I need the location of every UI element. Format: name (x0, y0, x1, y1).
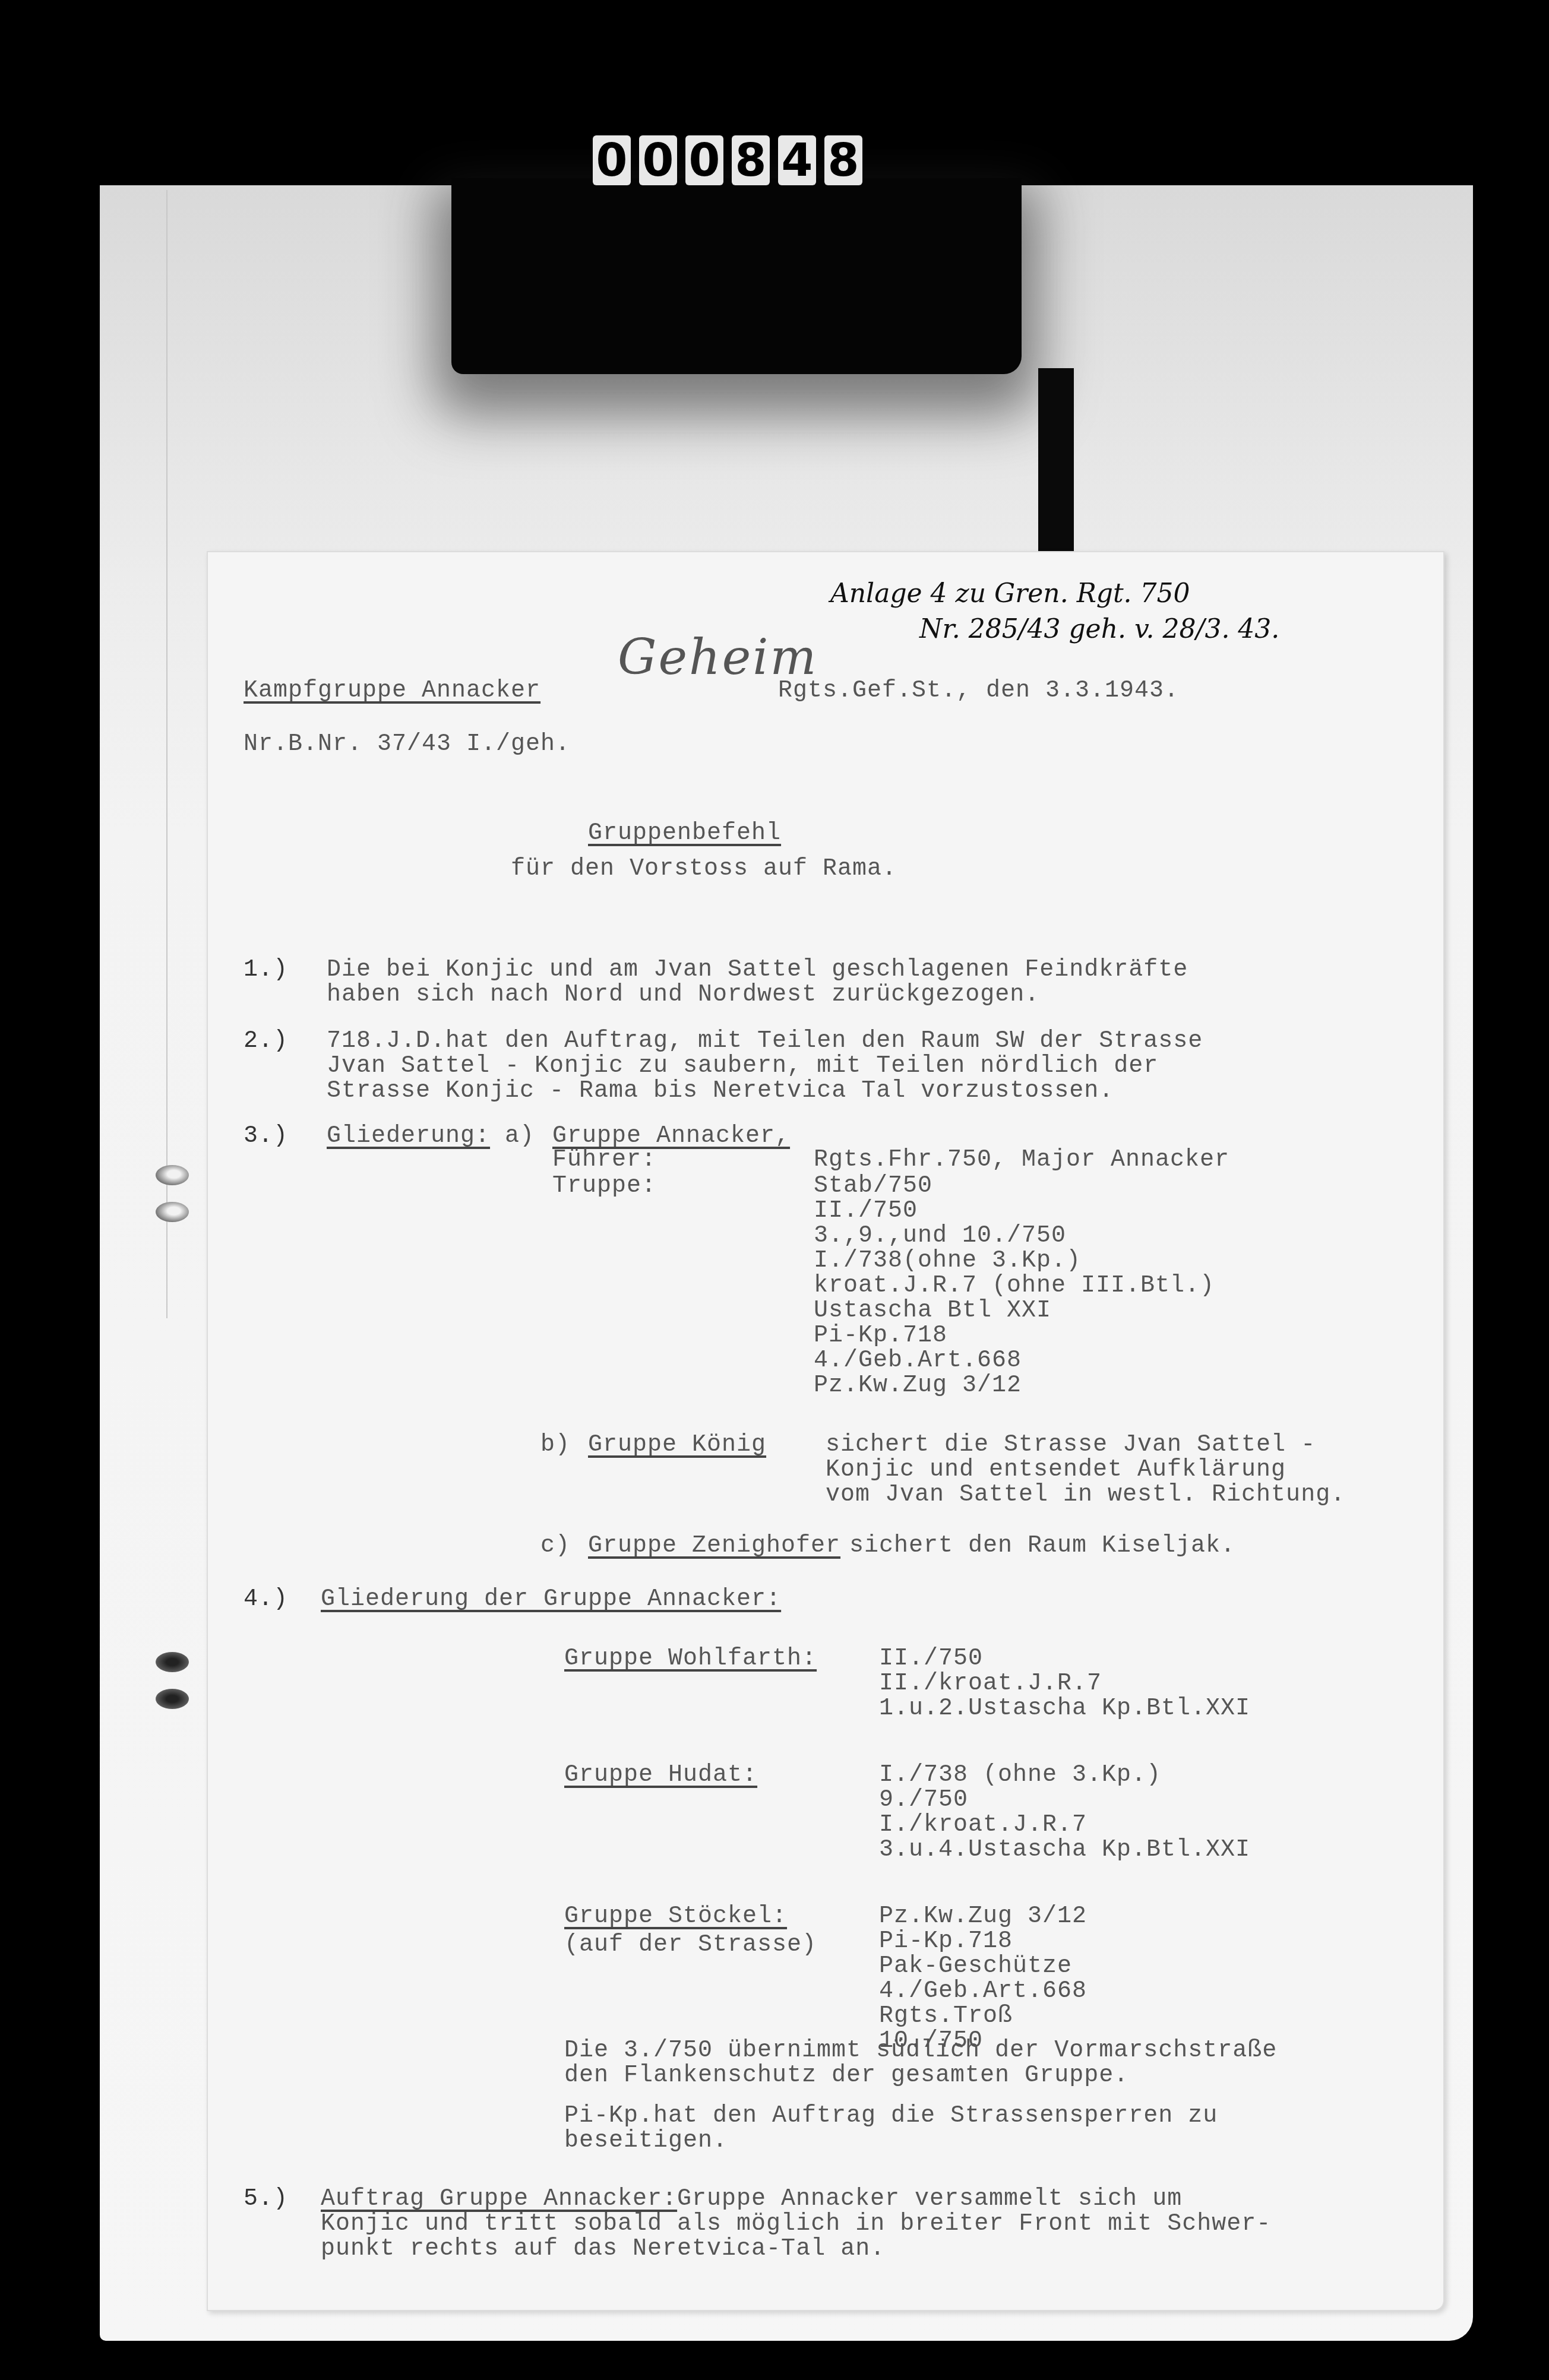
document-sheet: Anlage 4 zu Gren. Rgt. 750 Nr. 285/43 ge… (207, 551, 1444, 2311)
subgroup-name: Gruppe Hudat: (564, 1761, 757, 1790)
camera-clamp (451, 178, 1022, 374)
subgroup-unit: 9./750 (879, 1786, 968, 1815)
subgroup-unit: Pak-Geschütze (879, 1952, 1072, 1981)
subgroup-name: Gruppe Stöckel: (564, 1903, 787, 1931)
counter-digit: 0 (639, 135, 677, 185)
troop-item: I./738(ohne 3.Kp.) (814, 1247, 1081, 1276)
annotation-line-2: Nr. 285/43 geh. v. 28/3. 43. (830, 612, 1279, 647)
section-3b-line: vom Jvan Sattel in westl. Richtung. (826, 1481, 1345, 1509)
section-5-number: 5.) (244, 2185, 288, 2214)
section-2-line: 718.J.D.hat den Auftrag, mit Teilen den … (327, 1027, 1203, 1056)
handwritten-annotation: Anlage 4 zu Gren. Rgt. 750 Nr. 285/43 ge… (830, 576, 1279, 647)
subgroup-unit: Rgts.Troß (879, 2002, 1013, 2031)
section-2-line: Strasse Konjic - Rama bis Neretvica Tal … (327, 1077, 1114, 1106)
subgroup-unit: Pz.Kw.Zug 3/12 (879, 1903, 1087, 1931)
punch-hole (156, 1165, 189, 1185)
section-3c-text: sichert den Raum Kiseljak. (849, 1532, 1235, 1561)
section-1-line: haben sich nach Nord und Nordwest zurück… (327, 981, 1039, 1009)
section-3c-group: Gruppe Zenighofer (588, 1532, 840, 1561)
troop-item: Stab/750 (814, 1172, 932, 1201)
section-3a-label: a) (505, 1122, 535, 1151)
section-3b-label: b) (540, 1431, 570, 1460)
section-3b-line: sichert die Strasse Jvan Sattel - (826, 1431, 1316, 1460)
subgroup-unit: Pi-Kp.718 (879, 1928, 1013, 1956)
section-3b-group: Gruppe König (588, 1431, 766, 1460)
troop-item: 4./Geb.Art.668 (814, 1347, 1022, 1375)
place-date: Rgts.Gef.St., den 3.3.1943. (778, 677, 1179, 705)
document-title: Gruppenbefehl (588, 819, 781, 848)
section-2-number: 2.) (244, 1027, 288, 1056)
section-3b-line: Konjic und entsendet Aufklärung (826, 1456, 1286, 1485)
punch-hole (156, 1202, 189, 1222)
section-3-heading: Gliederung: (327, 1122, 490, 1151)
troop-item: 3.,9.,und 10./750 (814, 1222, 1066, 1251)
subgroup-unit: 3.u.4.Ustascha Kp.Btl.XXI (879, 1836, 1250, 1865)
subgroup-unit: 10./750 (879, 2027, 983, 2056)
section-1-line: Die bei Konjic und am Jvan Sattel geschl… (327, 956, 1188, 985)
section-4-number: 4.) (244, 1585, 288, 1614)
troop-item: Pi-Kp.718 (814, 1322, 947, 1350)
leader-value: Rgts.Fhr.750, Major Annacker (814, 1146, 1229, 1175)
reference-number: Nr.B.Nr. 37/43 I./geh. (244, 730, 570, 759)
counter-digit: 4 (778, 135, 816, 185)
section-5-heading: Auftrag Gruppe Annacker: (321, 2185, 677, 2214)
subgroup-name: Gruppe Wohlfarth: (564, 1645, 817, 1673)
troop-item: kroat.J.R.7 (ohne III.Btl.) (814, 1272, 1215, 1300)
punch-hole (156, 1689, 189, 1709)
troop-item: Ustascha Btl XXI (814, 1297, 1051, 1325)
section-5-line: Gruppe Annacker versammelt sich um (677, 2185, 1182, 2214)
section-4-heading: Gliederung der Gruppe Annacker: (321, 1585, 781, 1614)
section-4-para2-line: Pi-Kp.hat den Auftrag die Strassensperre… (564, 2102, 1218, 2131)
counter-digit: 0 (685, 135, 723, 185)
subgroup-note: (auf der Strasse) (564, 1931, 817, 1960)
subgroup-unit: 1.u.2.Ustascha Kp.Btl.XXI (879, 1695, 1250, 1723)
subgroup-unit: I./738 (ohne 3.Kp.) (879, 1761, 1161, 1790)
section-3c-label: c) (540, 1532, 570, 1561)
section-5-line: Konjic und tritt sobald als möglich in b… (321, 2210, 1271, 2239)
section-2-line: Jvan Sattel - Konjic zu saubern, mit Tei… (327, 1052, 1158, 1081)
leader-label: Führer: (552, 1146, 656, 1175)
section-1-number: 1.) (244, 956, 288, 985)
document-subtitle: für den Vorstoss auf Rama. (511, 855, 897, 884)
subgroup-unit: 4./Geb.Art.668 (879, 1977, 1087, 2006)
section-4-para1-line: den Flankenschutz der gesamten Gruppe. (564, 2062, 1128, 2090)
section-3-number: 3.) (244, 1122, 288, 1151)
troops-label: Truppe: (552, 1172, 656, 1201)
section-5-line: punkt rechts auf das Neretvica-Tal an. (321, 2235, 885, 2264)
section-4-para2-line: beseitigen. (564, 2127, 728, 2156)
punch-hole (156, 1652, 189, 1672)
counter-digit: 8 (824, 135, 862, 185)
troop-item: Pz.Kw.Zug 3/12 (814, 1372, 1022, 1400)
counter-digit: 8 (732, 135, 770, 185)
unit-name: Kampfgruppe Annacker (244, 677, 540, 705)
counter-digit: 0 (593, 135, 631, 185)
subgroup-unit: II./750 (879, 1645, 983, 1673)
folder-margin-line (166, 190, 167, 1318)
annotation-line-1: Anlage 4 zu Gren. Rgt. 750 (830, 576, 1279, 612)
frame-counter: 0 0 0 8 4 8 (593, 135, 862, 185)
troop-item: II./750 (814, 1197, 918, 1226)
subgroup-unit: II./kroat.J.R.7 (879, 1670, 1102, 1698)
subgroup-unit: I./kroat.J.R.7 (879, 1811, 1087, 1840)
